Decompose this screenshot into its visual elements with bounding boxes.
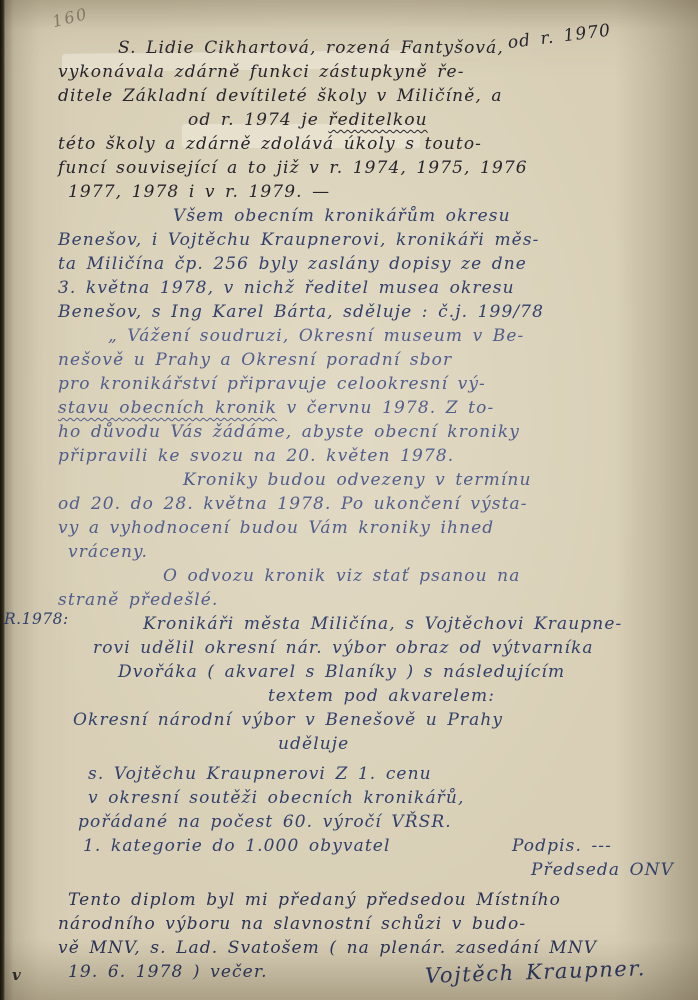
line-text: „ Vážení soudruzi, Okresní museum v Be- — [108, 326, 524, 346]
check-mark: v — [12, 966, 21, 984]
handwritten-line: ditele Základní devítileté školy v Milič… — [58, 84, 674, 108]
line-text: 19. 6. 1978 ) večer. — [68, 960, 268, 984]
handwritten-line: pro kronikářství připravuje celookresní … — [58, 372, 674, 396]
signature-placeholder: Podpis. --- — [512, 834, 612, 858]
handwritten-line: národního výboru na slavnostní schůzi v … — [58, 912, 674, 936]
line-text: této školy a zdárně zdolává úkoly s tout… — [58, 134, 482, 154]
line-text: uděluje — [278, 734, 349, 754]
line-text: Kronikáři města Miličína, s Vojtěchovi K… — [143, 614, 622, 634]
handwritten-line: S. Lidie Cikhartová, rozená Fantyšová,od… — [58, 36, 674, 60]
handwritten-line: Benešov, i Vojtěchu Kraupnerovi, kroniká… — [58, 228, 674, 252]
line-text: národního výboru na slavnostní schůzi v … — [58, 914, 526, 934]
handwritten-line: Benešov, s Ing Karel Bárta, sděluje : č.… — [58, 300, 674, 324]
line-text: rovi udělil okresní nár. výbor obraz od … — [93, 638, 594, 658]
handwritten-line: od 20. do 28. května 1978. Po ukončení v… — [58, 492, 674, 516]
line-text: v okresní soutěži obecních kronikářů, — [88, 788, 464, 808]
handwritten-line: 3. května 1978, v nichž ředitel musea ok… — [58, 276, 674, 300]
line-text: ta Miličína čp. 256 byly zaslány dopisy … — [58, 254, 527, 274]
line-text: textem pod akvarelem: — [268, 686, 495, 706]
line-text: pro kronikářství připravuje celookresní … — [58, 374, 486, 394]
line-text: 3. května 1978, v nichž ředitel musea ok… — [58, 278, 515, 298]
handwritten-line: připravili ke svozu na 20. květen 1978. — [58, 444, 674, 468]
handwritten-line: Kroniky budou odvezeny v termínu — [58, 468, 674, 492]
line-text: vě MNV, s. Lad. Svatošem ( na plenár. za… — [58, 938, 597, 958]
handwritten-line: stavu obecních kronik v červnu 1978. Z t… — [58, 396, 674, 420]
handwritten-line: „ Vážení soudruzi, Okresní museum v Be- — [58, 324, 674, 348]
line-text: pořádané na počest 60. výročí VŘSR. — [78, 812, 452, 832]
line-text: straně předešlé. — [58, 590, 218, 610]
line-text: Benešov, i Vojtěchu Kraupnerovi, kroniká… — [58, 230, 540, 250]
line-text: Tento diplom byl mi předaný předsedou Mí… — [68, 890, 561, 910]
line-text: ditele Základní devítileté školy v Milič… — [58, 86, 503, 106]
line-text: vy a vyhodnocení budou Vám kroniky ihned — [58, 518, 494, 538]
chronicle-page: 160 R.1978: v S. Lidie Cikhartová, rozen… — [0, 0, 698, 1000]
handwritten-text: S. Lidie Cikhartová, rozená Fantyšová,od… — [58, 36, 674, 984]
line-text: připravili ke svozu na 20. květen 1978. — [58, 446, 454, 466]
handwritten-line: 1977, 1978 i v r. 1979. — — [58, 180, 674, 204]
handwritten-line: ta Miličína čp. 256 byly zaslány dopisy … — [58, 252, 674, 276]
handwritten-line: uděluje — [58, 732, 674, 756]
underlined-text: stavu obecních kronik — [58, 398, 277, 418]
handwritten-line: Okresní národní výbor v Benešově u Prahy — [58, 708, 674, 732]
line-text: Okresní národní výbor v Benešově u Prahy — [73, 710, 503, 730]
handwritten-line: Tento diplom byl mi předaný předsedou Mí… — [58, 888, 674, 912]
handwritten-line: této školy a zdárně zdolává úkoly s tout… — [58, 132, 674, 156]
binding-edge — [0, 0, 5, 1000]
line-text: nešově u Prahy a Okresní poradní sbor — [58, 350, 452, 370]
line-text: S. Lidie Cikhartová, rozená Fantyšová, — [118, 38, 504, 58]
line-text: O odvozu kronik viz stať psanou na — [163, 566, 520, 586]
handwritten-line: pořádané na počest 60. výročí VŘSR. — [58, 810, 674, 834]
handwritten-line: vy a vyhodnocení budou Vám kroniky ihned — [58, 516, 674, 540]
handwritten-line: Předseda ONV — [58, 858, 674, 882]
line-text: od 20. do 28. května 1978. Po ukončení v… — [58, 494, 528, 514]
handwritten-line: vě MNV, s. Lad. Svatošem ( na plenár. za… — [58, 936, 674, 960]
line-text: 1. kategorie do 1.000 obyvatel — [83, 834, 390, 858]
line-text: ho důvodu Vás žádáme, abyste obecní kron… — [58, 422, 520, 442]
line-text: od r. 1974 je — [188, 110, 328, 130]
line-text: Kroniky budou odvezeny v termínu — [183, 470, 532, 490]
chronicler-signature: Vojtěch Kraupner. — [425, 956, 647, 988]
handwritten-line: 1. kategorie do 1.000 obyvatelPodpis. --… — [58, 834, 674, 858]
line-text: 1977, 1978 i v r. 1979. — — [68, 182, 330, 202]
line-text: vykonávala zdárně funkci zástupkyně ře- — [58, 62, 465, 82]
underlined-text: ředitelkou — [328, 110, 427, 130]
handwritten-line: nešově u Prahy a Okresní poradní sbor — [58, 348, 674, 372]
handwritten-line: rovi udělil okresní nár. výbor obraz od … — [58, 636, 674, 660]
handwritten-line: O odvozu kronik viz stať psanou na — [58, 564, 674, 588]
handwritten-line: ho důvodu Vás žádáme, abyste obecní kron… — [58, 420, 674, 444]
handwritten-line: od r. 1974 je ředitelkou — [58, 108, 674, 132]
handwritten-line: 19. 6. 1978 ) večer.Vojtěch Kraupner. — [58, 960, 674, 984]
handwritten-line: Všem obecním kronikářům okresu — [58, 204, 674, 228]
line-text: v červnu 1978. Z to- — [277, 398, 494, 418]
handwritten-line: Kronikáři města Miličína, s Vojtěchovi K… — [58, 612, 674, 636]
line-text: vráceny. — [68, 542, 148, 562]
line-tail-text: od r. 1970 — [506, 19, 612, 55]
line-text: funcí související a to již v r. 1974, 19… — [58, 158, 528, 178]
page-number: 160 — [50, 4, 90, 31]
handwritten-line: funcí související a to již v r. 1974, 19… — [58, 156, 674, 180]
handwritten-line: s. Vojtěchu Kraupnerovi Z 1. cenu — [58, 762, 674, 786]
line-text: s. Vojtěchu Kraupnerovi Z 1. cenu — [88, 764, 432, 784]
line-text: Benešov, s Ing Karel Bárta, sděluje : č.… — [58, 302, 544, 322]
handwritten-line: vykonávala zdárně funkci zástupkyně ře- — [58, 60, 674, 84]
chairman-title: Předseda ONV — [531, 860, 674, 880]
handwritten-line: Dvořáka ( akvarel s Blaníky ) s následuj… — [58, 660, 674, 684]
handwritten-line: straně předešlé. — [58, 588, 674, 612]
handwritten-line: v okresní soutěži obecních kronikářů, — [58, 786, 674, 810]
line-text: Všem obecním kronikářům okresu — [173, 206, 511, 226]
line-text: Dvořáka ( akvarel s Blaníky ) s následuj… — [118, 662, 565, 682]
handwritten-line: textem pod akvarelem: — [58, 684, 674, 708]
handwritten-line: vráceny. — [58, 540, 674, 564]
